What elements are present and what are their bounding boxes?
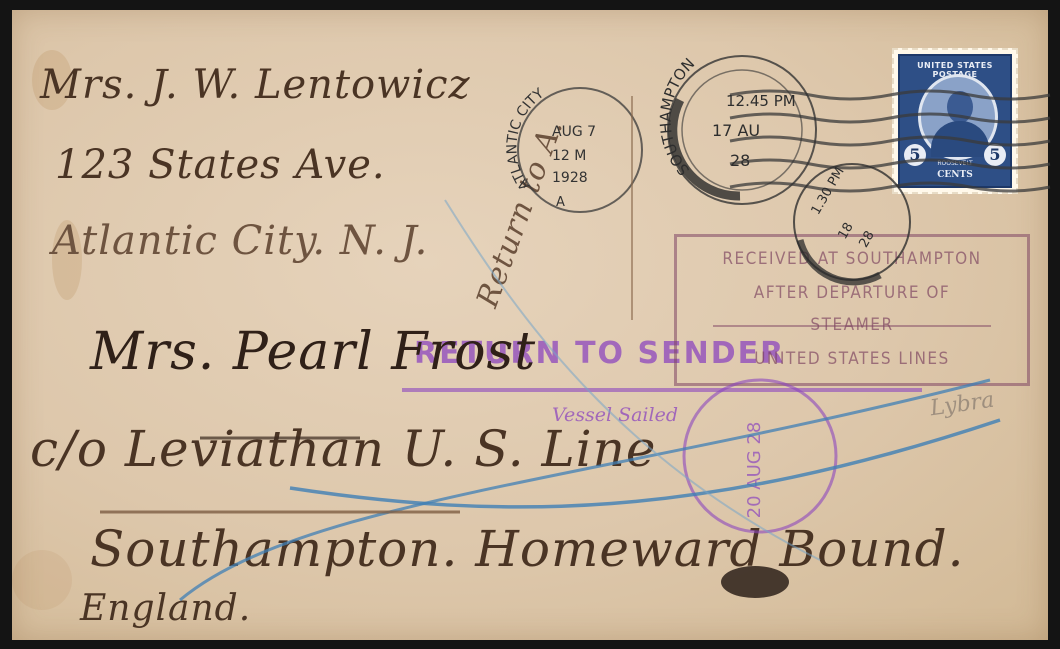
atlantic-city-time: 12 M: [552, 148, 586, 164]
southampton-cds-day: 18: [835, 220, 856, 242]
southampton-year: 28: [730, 151, 750, 170]
blue-crayon-stroke: [290, 420, 1000, 507]
ink-blot: [721, 566, 789, 598]
atlantic-city-extra: A: [556, 195, 565, 210]
southampton-date: 17 AU: [712, 121, 760, 140]
postmark-layer: SOUTHAMPTON 12.45 PM 17 AU 28 1.30 PM 18…: [0, 0, 1060, 649]
atlantic-city-ring-text: ATLANTIC CITY: [504, 85, 547, 193]
atlantic-city-year: 1928: [552, 170, 588, 186]
southampton-cds-year: 28: [856, 229, 877, 251]
atlantic-city-date: AUG 7: [552, 124, 596, 140]
southampton-time: 12.45 PM: [726, 92, 796, 110]
svg-text:ATLANTIC CITY: ATLANTIC CITY: [504, 85, 547, 193]
